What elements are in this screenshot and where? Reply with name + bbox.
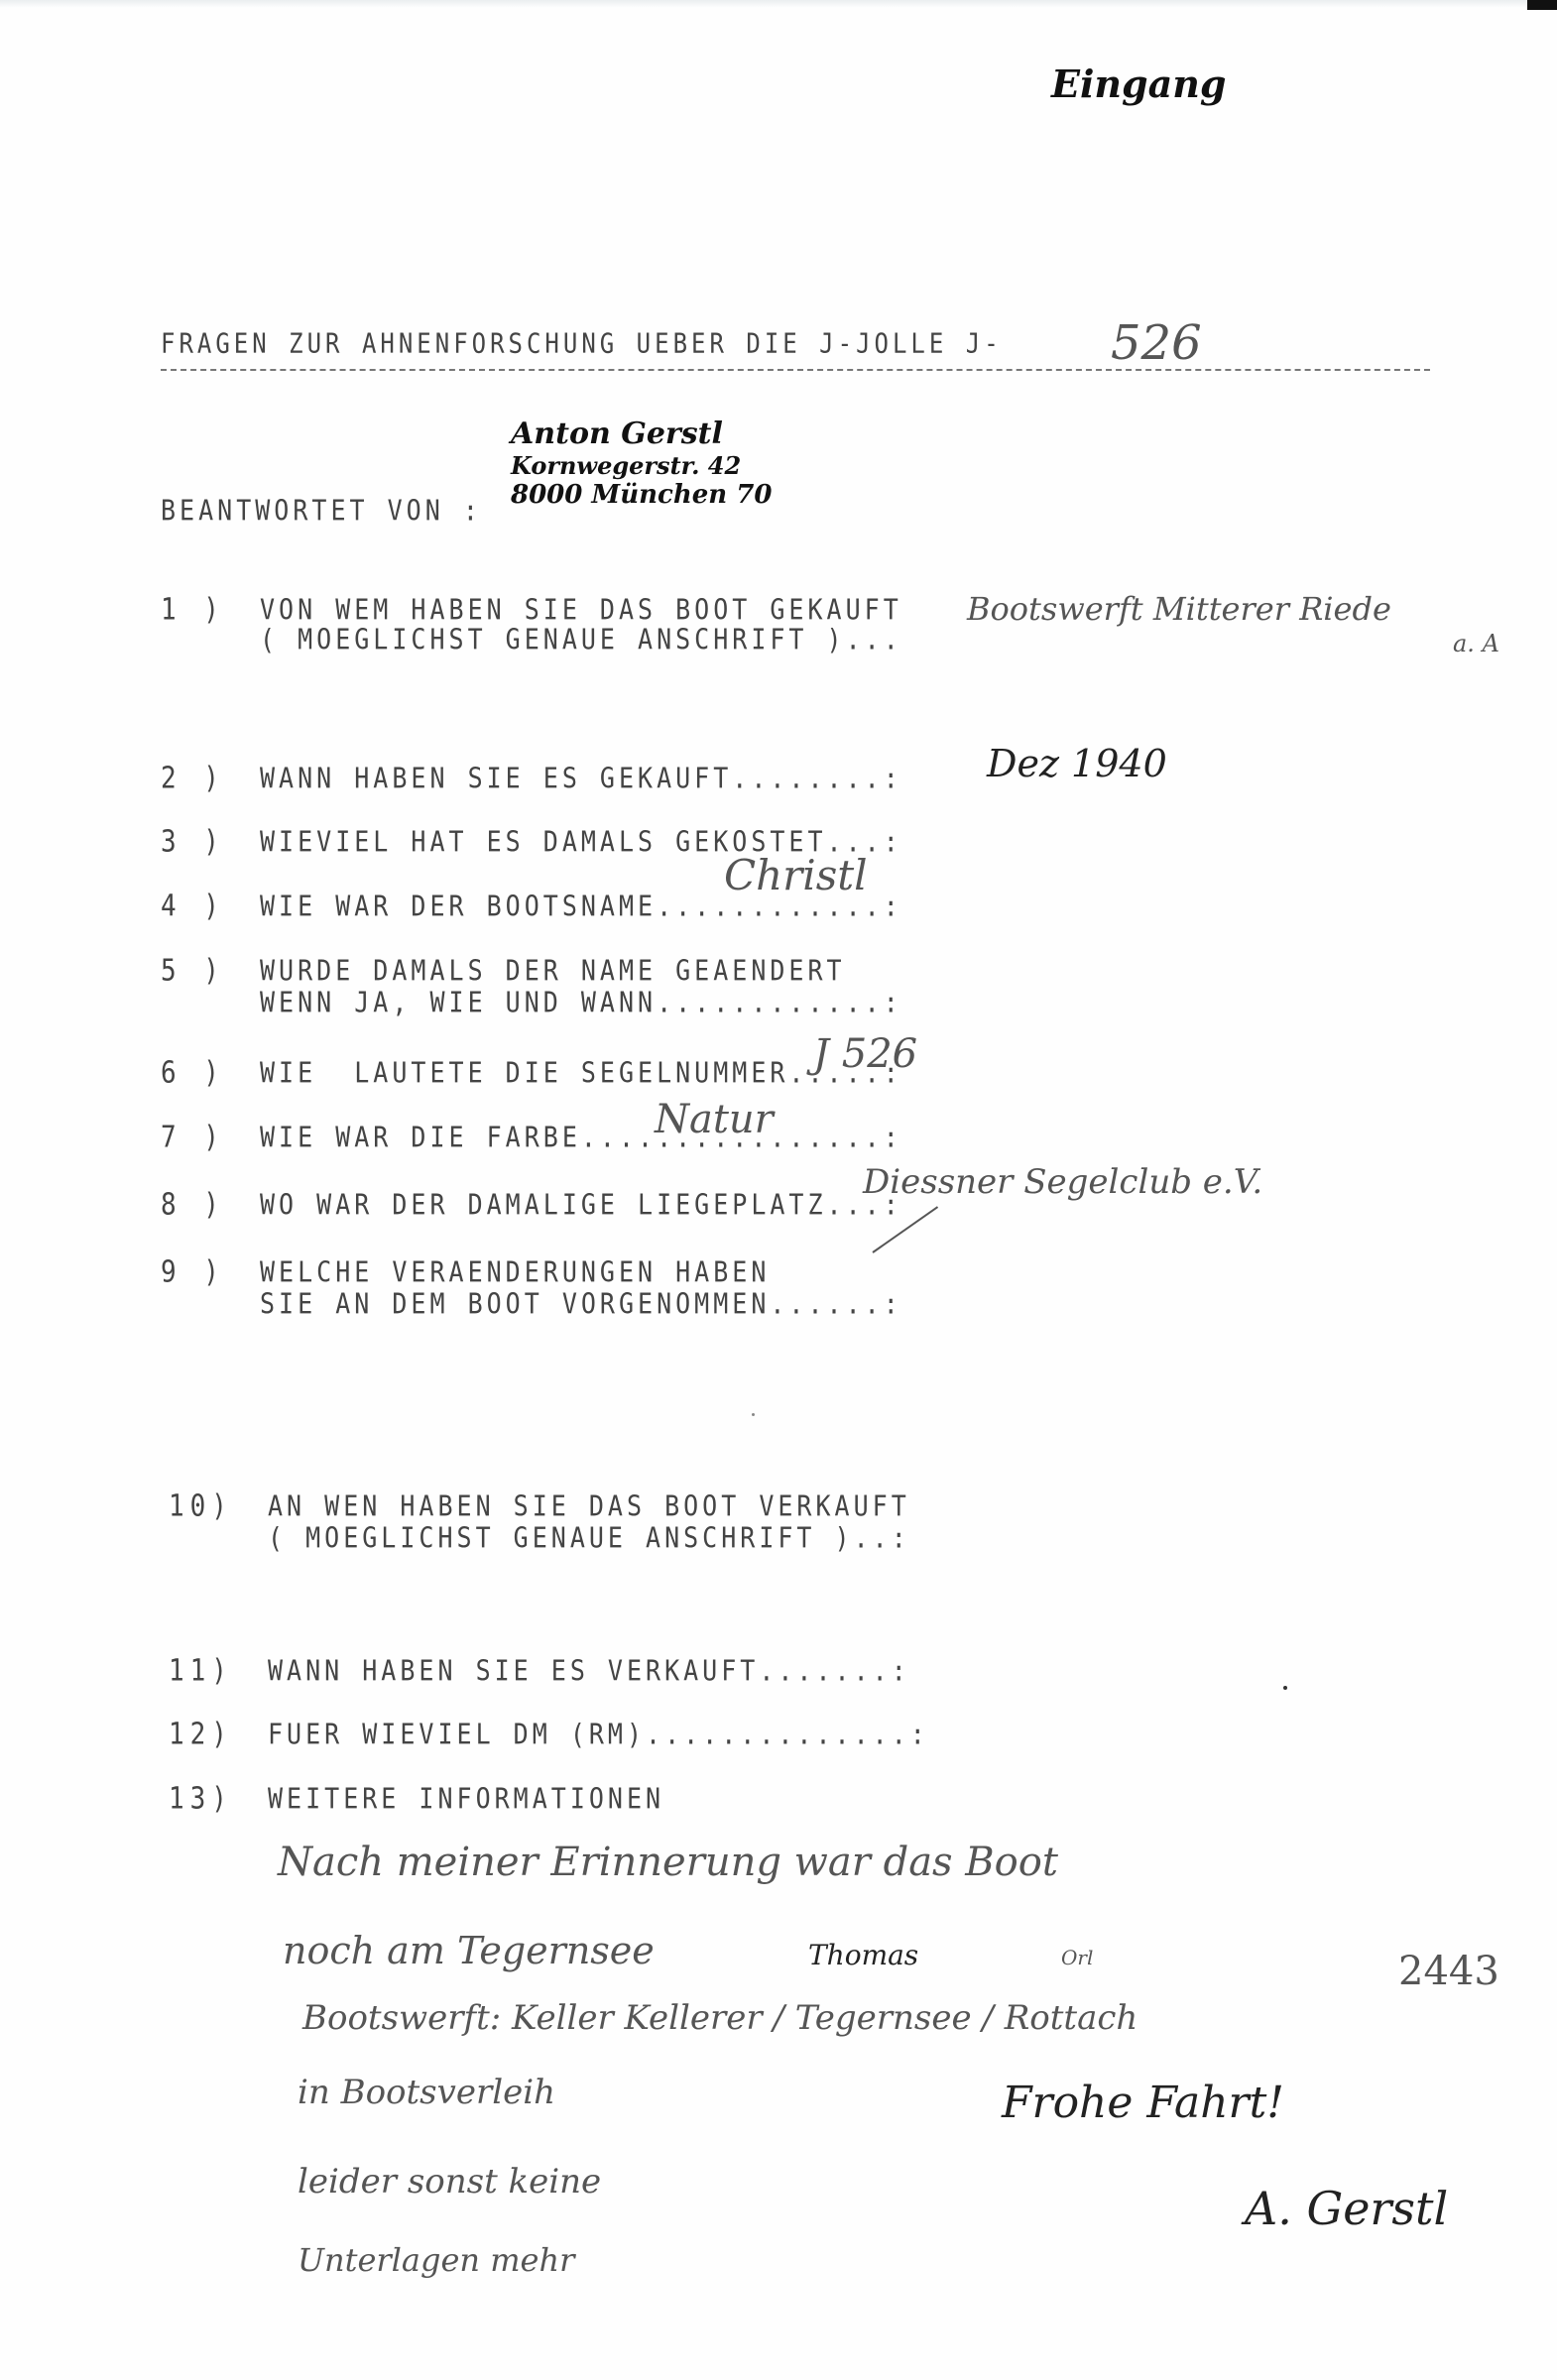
further-info-line: Bootswerft: Keller Kellerer / Tegernsee … bbox=[302, 1998, 1138, 2038]
answer-6: J 526 bbox=[813, 1031, 917, 1077]
side-note-name: Thomas bbox=[808, 1939, 918, 1971]
question-text: WO WAR DER DAMALIGE LIEGEPLATZ...: bbox=[260, 1188, 902, 1221]
header-note: Eingang bbox=[1051, 61, 1226, 106]
question-number: 7 ) bbox=[161, 1121, 225, 1155]
signature: A. Gerstl bbox=[1245, 2182, 1448, 2235]
title-underline bbox=[161, 369, 1430, 371]
further-info-line: Nach meiner Erinnerung war das Boot bbox=[278, 1840, 1058, 1885]
question-number: 4 ) bbox=[161, 890, 225, 924]
answer-8: Diessner Segelclub e.V. bbox=[863, 1162, 1262, 1202]
question-text: WURDE DAMALS DER NAME GEAENDERT bbox=[260, 954, 846, 987]
page-title: FRAGEN ZUR AHNENFORSCHUNG UEBER DIE J-JO… bbox=[161, 327, 1003, 359]
side-note-small: Orl bbox=[1061, 1946, 1093, 1969]
question-number: 5 ) bbox=[161, 954, 225, 989]
scan-speck bbox=[1283, 1686, 1287, 1690]
question-text: SIE AN DEM BOOT VORGENOMMEN......: bbox=[260, 1287, 902, 1320]
question-number: 6 ) bbox=[161, 1056, 225, 1091]
scan-corner-mark bbox=[1527, 0, 1557, 10]
question-text: AN WEN HABEN SIE DAS BOOT VERKAUFT bbox=[268, 1489, 910, 1522]
side-note-number: 2443 bbox=[1398, 1949, 1499, 1994]
question-number: 12) bbox=[169, 1718, 233, 1752]
answered-by-city: 8000 München 70 bbox=[511, 480, 772, 510]
answer-1: Bootswerft Mitterer Riede bbox=[967, 590, 1391, 628]
scan-edge bbox=[0, 0, 1527, 8]
boat-number: 526 bbox=[1111, 315, 1202, 371]
question-text: WEITERE INFORMATIONEN bbox=[268, 1782, 664, 1815]
question-number: 2 ) bbox=[161, 762, 225, 796]
question-text: WELCHE VERAENDERUNGEN HABEN bbox=[260, 1255, 770, 1288]
further-info-line: leider sonst keine bbox=[298, 2162, 601, 2201]
questionnaire-page: Eingang FRAGEN ZUR AHNENFORSCHUNG UEBER … bbox=[0, 0, 1557, 2380]
question-text: ( MOEGLICHST GENAUE ANSCHRIFT )... bbox=[260, 623, 902, 655]
question-text: WIE LAUTETE DIE SEGELNUMMER.....: bbox=[260, 1056, 902, 1089]
question-number: 13) bbox=[169, 1782, 233, 1817]
answer-4: Christl bbox=[724, 851, 868, 899]
question-text: ( MOEGLICHST GENAUE ANSCHRIFT )..: bbox=[268, 1521, 910, 1554]
answered-by-name: Anton Gerstl bbox=[511, 416, 723, 451]
question-text: WANN HABEN SIE ES VERKAUFT.......: bbox=[268, 1654, 910, 1687]
question-number: 8 ) bbox=[161, 1188, 225, 1223]
question-text: VON WEM HABEN SIE DAS BOOT GEKAUFT bbox=[260, 593, 902, 626]
further-info-line: in Bootsverleih bbox=[298, 2073, 555, 2112]
answered-by-label: BEANTWORTET VON : bbox=[161, 494, 482, 527]
question-number: 10) bbox=[169, 1489, 233, 1524]
answer-1-extra: a. A bbox=[1453, 630, 1499, 657]
answer-2: Dez 1940 bbox=[987, 742, 1167, 785]
question-number: 3 ) bbox=[161, 825, 225, 860]
question-number: 11) bbox=[169, 1654, 233, 1689]
question-text: FUER WIEVIEL DM (RM)..............: bbox=[268, 1718, 929, 1750]
answer-7: Natur bbox=[655, 1097, 774, 1142]
question-number: 9 ) bbox=[161, 1255, 225, 1290]
further-info-line: noch am Tegernsee bbox=[283, 1929, 655, 1972]
question-text: WENN JA, WIE UND WANN............: bbox=[260, 986, 902, 1018]
question-text: WANN HABEN SIE ES GEKAUFT........: bbox=[260, 762, 902, 794]
scan-speck bbox=[752, 1413, 755, 1416]
answered-by-street: Kornwegerstr. 42 bbox=[511, 451, 741, 480]
question-text: WIE WAR DIE FARBE................: bbox=[260, 1121, 902, 1153]
question-number: 1 ) bbox=[161, 593, 225, 628]
closing-greeting: Frohe Fahrt! bbox=[1002, 2078, 1284, 2128]
further-info-line: Unterlagen mehr bbox=[298, 2241, 574, 2279]
